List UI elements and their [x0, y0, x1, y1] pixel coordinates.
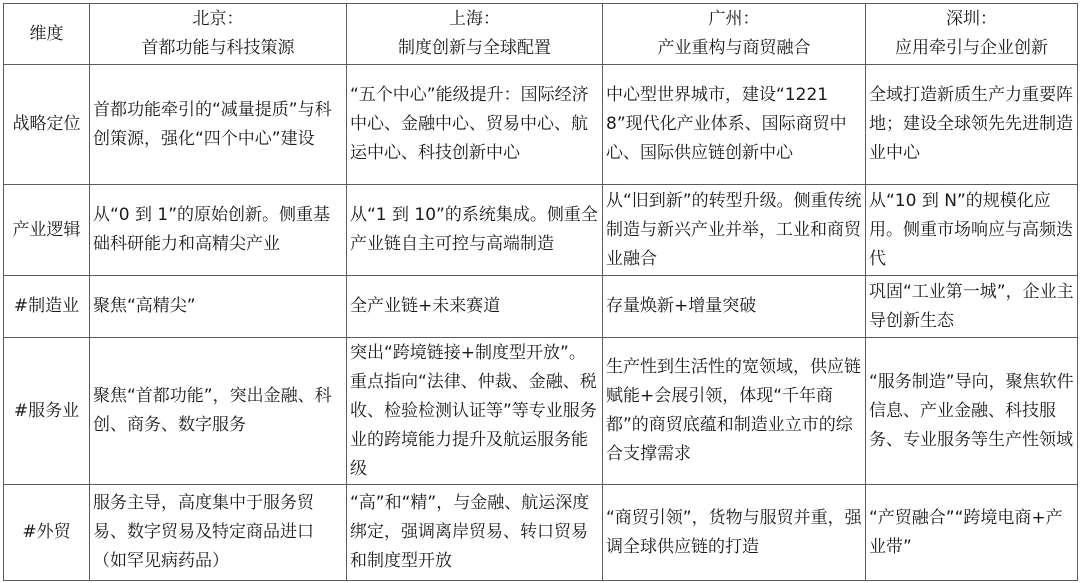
header-row: 维度 北京： 首都功能与科技策源 上海： 制度创新与全球配置 广州： 产业重构与…	[4, 4, 1078, 65]
table-row-foreign-trade: #外贸 服务主导，高度集中于服务贸易、数字贸易及特定商品进口（如罕见病药品） “…	[4, 485, 1078, 581]
city-theme: 产业重构与商贸融合	[606, 34, 862, 63]
cell-shanghai: 从“1 到 10”的系统集成。侧重全产业链自主可控与高端制造	[347, 185, 603, 276]
city-name: 深圳：	[869, 5, 1074, 34]
city-theme: 制度创新与全球配置	[350, 34, 599, 63]
city-theme: 应用牵引与企业创新	[869, 34, 1074, 63]
table-row-strategic-positioning: 战略定位 首都功能牵引的“减量提质”与科创策源，强化“四个中心”建设 “五个中心…	[4, 65, 1078, 185]
cell-shanghai: 突出“跨境链接+制度型开放”。重点指向“法律、仲裁、金融、税收、检验检测认证等”…	[347, 338, 603, 485]
header-beijing: 北京： 首都功能与科技策源	[90, 4, 347, 65]
cell-shanghai: 全产业链+未来赛道	[347, 276, 603, 338]
city-name: 上海：	[350, 5, 599, 34]
table-row-services: #服务业 聚焦“首都功能”，突出金融、科创、商务、数字服务 突出“跨境链接+制度…	[4, 338, 1078, 485]
cell-shanghai: “五个中心”能级提升：国际经济中心、金融中心、贸易中心、航运中心、科技创新中心	[347, 65, 603, 185]
cell-beijing: 聚焦“首都功能”，突出金融、科创、商务、数字服务	[90, 338, 347, 485]
cell-guangzhou: “商贸引领”，货物与服贸并重，强调全球供应链的打造	[603, 485, 866, 581]
cell-beijing: 聚焦“高精尖”	[90, 276, 347, 338]
cell-guangzhou: 中心型世界城市，建设“12218”现代化产业体系、国际商贸中心、国际供应链创新中…	[603, 65, 866, 185]
table-row-industrial-logic: 产业逻辑 从“0 到 1”的原始创新。侧重基础科研能力和高精尖产业 从“1 到 …	[4, 185, 1078, 276]
header-shenzhen: 深圳： 应用牵引与企业创新	[866, 4, 1078, 65]
row-dimension: #服务业	[4, 338, 90, 485]
cell-guangzhou: 生产性到生活性的宽领域，供应链赋能+会展引领，体现“千年商都”的商贸底蕴和制造业…	[603, 338, 866, 485]
header-guangzhou: 广州： 产业重构与商贸融合	[603, 4, 866, 65]
cell-shenzhen: 从“10 到 N”的规模化应用。侧重市场响应与高频迭代	[866, 185, 1078, 276]
cell-beijing: 首都功能牵引的“减量提质”与科创策源，强化“四个中心”建设	[90, 65, 347, 185]
cell-beijing: 服务主导，高度集中于服务贸易、数字贸易及特定商品进口（如罕见病药品）	[90, 485, 347, 581]
cell-guangzhou: 存量焕新+增量突破	[603, 276, 866, 338]
table-row-manufacturing: #制造业 聚焦“高精尖” 全产业链+未来赛道 存量焕新+增量突破 巩固“工业第一…	[4, 276, 1078, 338]
cell-shenzhen: 全域打造新质生产力重要阵地；建设全球领先先进制造业中心	[866, 65, 1078, 185]
cell-shanghai: “高”和“精”，与金融、航运深度绑定，强调离岸贸易、转口贸易和制度型开放	[347, 485, 603, 581]
city-comparison-table: 维度 北京： 首都功能与科技策源 上海： 制度创新与全球配置 广州： 产业重构与…	[3, 3, 1078, 581]
row-dimension: 产业逻辑	[4, 185, 90, 276]
city-theme: 首都功能与科技策源	[93, 34, 343, 63]
cell-shenzhen: 巩固“工业第一城”，企业主导创新生态	[866, 276, 1078, 338]
city-name: 北京：	[93, 5, 343, 34]
cell-shenzhen: “产贸融合”“跨境电商+产业带”	[866, 485, 1078, 581]
cell-shenzhen: “服务制造”导向，聚焦软件信息、产业金融、科技服务、专业服务等生产性领域	[866, 338, 1078, 485]
row-dimension: 战略定位	[4, 65, 90, 185]
header-shanghai: 上海： 制度创新与全球配置	[347, 4, 603, 65]
row-dimension: #外贸	[4, 485, 90, 581]
row-dimension: #制造业	[4, 276, 90, 338]
header-dimension: 维度	[4, 4, 90, 65]
cell-guangzhou: 从“旧到新”的转型升级。侧重传统制造与新兴产业并举，工业和商贸业融合	[603, 185, 866, 276]
cell-beijing: 从“0 到 1”的原始创新。侧重基础科研能力和高精尖产业	[90, 185, 347, 276]
city-name: 广州：	[606, 5, 862, 34]
